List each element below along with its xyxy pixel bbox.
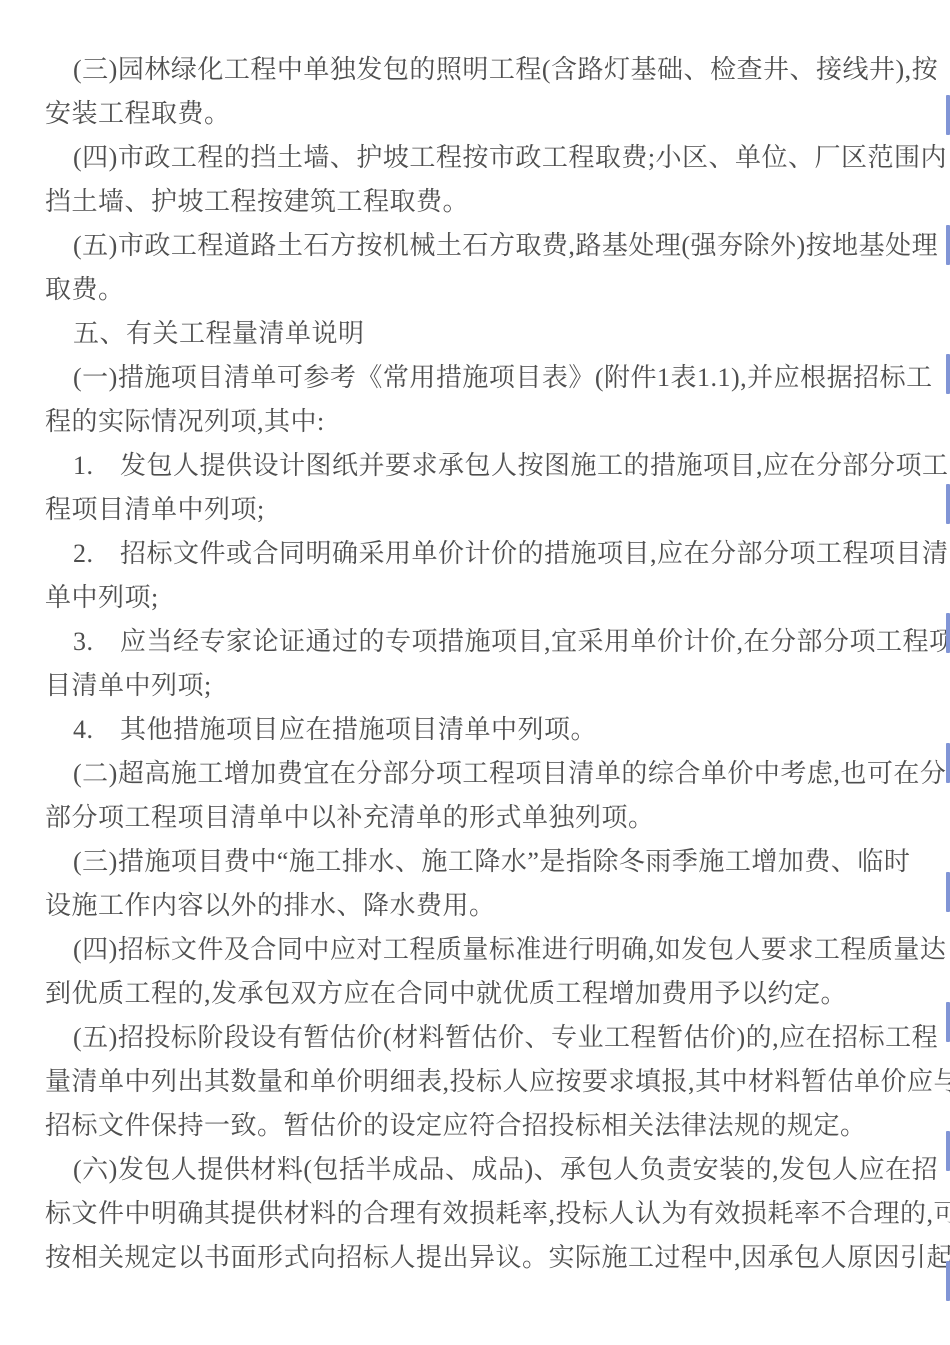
text-line: 部分项工程项目清单中以补充清单的形式单独列项。 <box>45 796 910 840</box>
edge-mark <box>946 1002 950 1042</box>
edge-mark <box>946 484 950 524</box>
edge-mark <box>946 872 950 912</box>
text-line: 到优质工程的,发承包双方应在合同中就优质工程增加费用予以约定。 <box>45 972 910 1016</box>
text-line: 程项目清单中列项; <box>45 488 910 532</box>
edge-mark <box>946 225 950 265</box>
text-line: 2. 招标文件或合同明确采用单价计价的措施项目,应在分部分项工程项目清 <box>45 532 910 576</box>
text-line: 量清单中列出其数量和单价明细表,投标人应按要求填报,其中材料暂估单价应与 <box>45 1060 910 1104</box>
document-page: (三)园林绿化工程中单独发包的照明工程(含路灯基础、检查井、接线井),按安装工程… <box>0 0 950 1345</box>
text-line: 安装工程取费。 <box>45 92 910 136</box>
text-line: 招标文件保持一致。暂估价的设定应符合招投标相关法律法规的规定。 <box>45 1104 910 1148</box>
text-line: (六)发包人提供材料(包括半成品、成品)、承包人负责安装的,发包人应在招 <box>45 1148 910 1192</box>
edge-mark <box>946 743 950 783</box>
document-text-block: (三)园林绿化工程中单独发包的照明工程(含路灯基础、检查井、接线井),按安装工程… <box>45 48 910 1280</box>
text-line: (三)措施项目费中“施工排水、施工降水”是指除冬雨季施工增加费、临时 <box>45 840 910 884</box>
page-edge-marks <box>946 0 950 1345</box>
text-line: 1. 发包人提供设计图纸并要求承包人按图施工的措施项目,应在分部分项工 <box>45 444 910 488</box>
text-line: 五、有关工程量清单说明 <box>45 312 910 356</box>
text-line: 3. 应当经专家论证通过的专项措施项目,宜采用单价计价,在分部分项工程项 <box>45 620 910 664</box>
text-line: 程的实际情况列项,其中: <box>45 400 910 444</box>
edge-mark <box>946 95 950 135</box>
text-line: 目清单中列项; <box>45 664 910 708</box>
text-line: (四)招标文件及合同中应对工程质量标准进行明确,如发包人要求工程质量达 <box>45 928 910 972</box>
text-line: (五)招投标阶段设有暂估价(材料暂估价、专业工程暂估价)的,应在招标工程 <box>45 1016 910 1060</box>
text-line: (二)超高施工增加费宜在分部分项工程项目清单的综合单价中考虑,也可在分 <box>45 752 910 796</box>
text-line: 4. 其他措施项目应在措施项目清单中列项。 <box>45 708 910 752</box>
text-line: (四)市政工程的挡土墙、护坡工程按市政工程取费;小区、单位、厂区范围内 <box>45 136 910 180</box>
text-line: 按相关规定以书面形式向招标人提出异议。实际施工过程中,因承包人原因引起实 <box>45 1236 910 1280</box>
edge-mark <box>946 354 950 394</box>
text-line: (五)市政工程道路土石方按机械土石方取费,路基处理(强夯除外)按地基处理 <box>45 224 910 268</box>
text-line: 挡土墙、护坡工程按建筑工程取费。 <box>45 180 910 224</box>
text-line: (一)措施项目清单可参考《常用措施项目表》(附件1表1.1),并应根据招标工 <box>45 356 910 400</box>
text-line: (三)园林绿化工程中单独发包的照明工程(含路灯基础、检查井、接线井),按 <box>45 48 910 92</box>
text-line: 设施工作内容以外的排水、降水费用。 <box>45 884 910 928</box>
edge-mark <box>946 1131 950 1171</box>
text-line: 取费。 <box>45 268 910 312</box>
text-line: 标文件中明确其提供材料的合理有效损耗率,投标人认为有效损耗率不合理的,可 <box>45 1192 910 1236</box>
text-line: 单中列项; <box>45 576 910 620</box>
